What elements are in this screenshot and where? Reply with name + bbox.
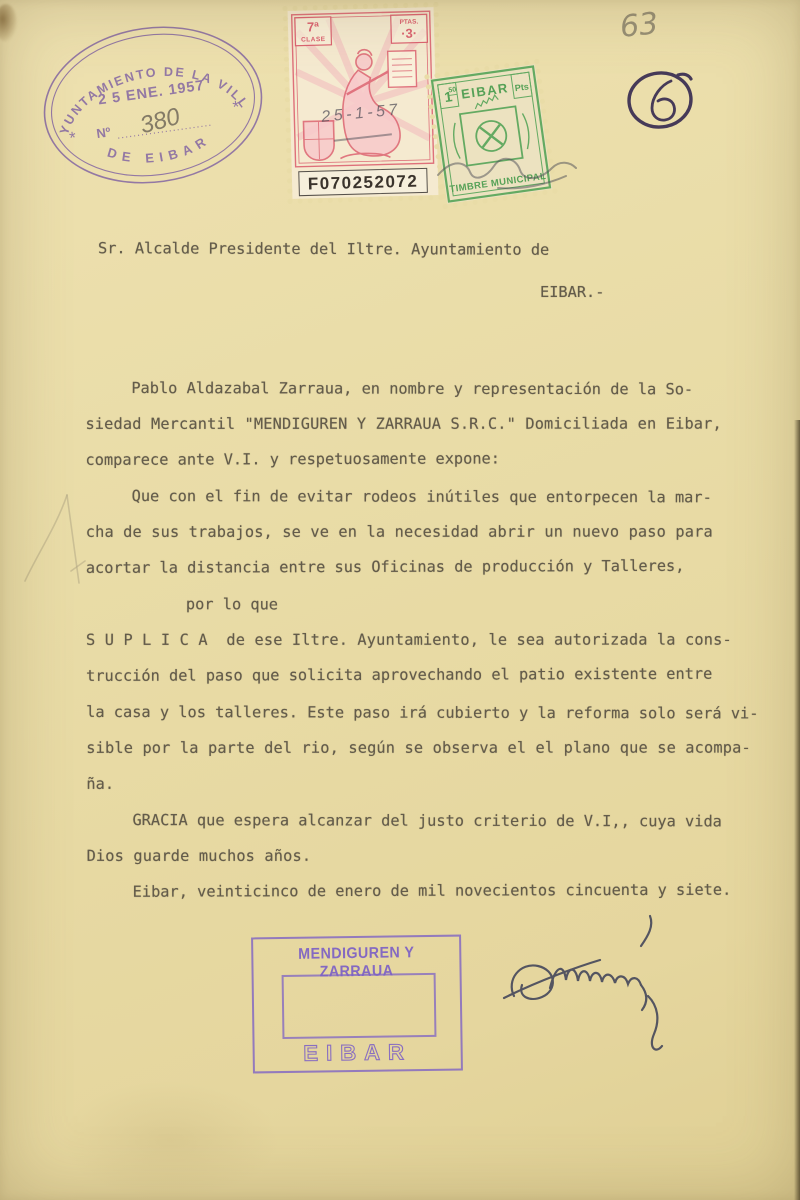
company-city: EIBAR bbox=[303, 1039, 412, 1066]
stamp-number-label: Nº bbox=[95, 124, 111, 141]
folio-number: 63 bbox=[618, 6, 660, 45]
class-label: CLASE bbox=[301, 36, 326, 44]
figure-tablet bbox=[388, 51, 417, 88]
stamp-arc-bottom-text: DE EIBAR bbox=[104, 130, 215, 172]
asterisk-left: * bbox=[68, 128, 78, 148]
signature-ascender bbox=[641, 916, 651, 946]
typed-line: ña. bbox=[86, 763, 792, 801]
signature-exit bbox=[641, 985, 646, 1010]
currency: Pts bbox=[514, 81, 529, 93]
company-stamp: MENDIGUREN Y ZARRAUA EIBAR bbox=[251, 935, 463, 1074]
paper-edge-shadow bbox=[794, 420, 800, 1200]
serial-number: F070252072 bbox=[308, 172, 419, 194]
registry-stamp: AYUNTAMIENTO DE LA VILLA DE EIBAR 2 5 EN… bbox=[27, 5, 278, 205]
company-stamp-inner-box bbox=[282, 973, 437, 1039]
typed-line: trucción del paso que solicita aprovecha… bbox=[86, 655, 792, 693]
salutation-line: Sr. Alcalde Presidente del Iltre. Ayunta… bbox=[98, 239, 549, 259]
fiscal-stamp-art: 7ª CLASE PTAS. ·3· F070252072 25-1-57 bbox=[287, 6, 440, 200]
typed-line: S U P L I C A de ese Iltre. Ayuntamiento… bbox=[86, 622, 792, 658]
pencil-scrawl bbox=[428, 140, 588, 205]
handwritten-six bbox=[652, 81, 675, 120]
typed-line: Pablo Aldazabal Zarraua, en nombre y rep… bbox=[85, 370, 791, 408]
paper-blemish bbox=[0, 4, 17, 42]
typed-line: por lo que bbox=[86, 586, 792, 624]
signature-letters bbox=[550, 969, 641, 988]
value-frac: 50 bbox=[448, 86, 457, 94]
document-page: 63 AYUNTAMIENTO DE LA VILLA DE EIBAR 2 5… bbox=[0, 0, 800, 1200]
fiscal-stamp: 7ª CLASE PTAS. ·3· F070252072 25-1-57 bbox=[287, 6, 440, 200]
typed-line: GRACIA que espera alcanzar del justo cri… bbox=[86, 802, 792, 840]
typed-line: Que con el fin de evitar rodeos inútiles… bbox=[86, 478, 792, 516]
figure-head bbox=[356, 54, 372, 70]
signature-initial-loop bbox=[512, 965, 553, 998]
class-value: 7ª bbox=[307, 19, 320, 34]
salutation-city: EIBAR.- bbox=[540, 283, 604, 301]
signature-tail bbox=[648, 996, 662, 1050]
typed-line: acortar la distancia entre sus Oficinas … bbox=[86, 547, 792, 585]
paper-stain bbox=[60, 1080, 280, 1200]
signature bbox=[500, 900, 740, 1065]
stamp-entry-number-pencil: 380 bbox=[137, 103, 183, 140]
ptas-value: ·3· bbox=[401, 26, 417, 41]
typed-line: siedad Mercantil "MENDIGUREN Y ZARRAUA S… bbox=[85, 406, 791, 442]
circled-document-number bbox=[622, 66, 698, 132]
typed-line: Dios guarde muchos años. bbox=[87, 838, 793, 874]
pencil-mark bbox=[5, 483, 105, 598]
company-city-outline: EIBAR bbox=[254, 1037, 460, 1070]
typed-line: cha de sus trabajos, se ve en la necesid… bbox=[86, 514, 792, 550]
svg-text:DE EIBAR: DE EIBAR bbox=[104, 130, 215, 172]
letter-body: Pablo Aldazabal Zarraua, en nombre y rep… bbox=[85, 368, 792, 910]
typed-line: la casa y los talleres. Este paso irá cu… bbox=[86, 694, 792, 732]
typed-line: sible por la parte del rio, según se obs… bbox=[86, 730, 792, 766]
typed-line: comparece ante V.I. y respetuosamente ex… bbox=[85, 439, 791, 477]
